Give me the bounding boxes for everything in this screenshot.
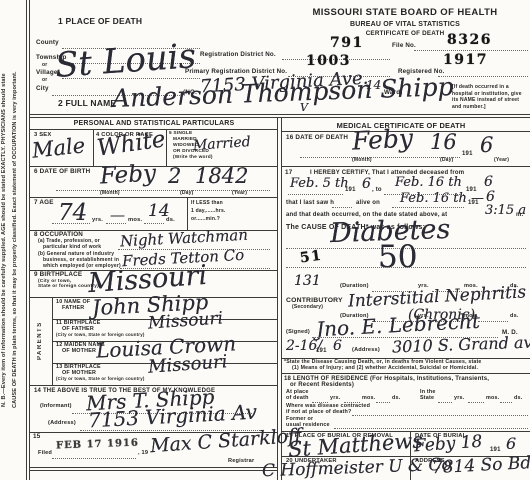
medical-rule-17 (281, 166, 530, 167)
dod-day-value: 16 (430, 132, 457, 153)
secondary-label: (Secondary) (292, 305, 323, 310)
duration-label-1: (Duration) (340, 284, 369, 290)
sign-year-printed: 191 (316, 348, 327, 354)
age-less-label-1: If LESS than (191, 201, 223, 206)
personal-section-title: PERSONAL AND STATISTICAL PARTICULARS (31, 120, 277, 127)
res1-yrs-label: yrs. (330, 396, 340, 402)
row-rule-14 (30, 385, 277, 386)
age-less-divider (187, 197, 188, 230)
code-value-50: 50 (378, 242, 417, 273)
form-left-border-outer (26, 0, 27, 480)
former-line (334, 427, 528, 429)
primary-registration-stamp: 1003 (306, 54, 351, 68)
age-less-label-2: 1 day,......hrs. (191, 209, 226, 214)
marital-label-1: 5 SINGLE (169, 131, 192, 136)
mother-bp-label-3: (City or town, State or foreign country) (56, 377, 145, 382)
code-value-131: 131 (294, 274, 321, 288)
full-name-flourish: V (300, 102, 308, 113)
undertaker-value: C Hoffmeister U & Co (262, 457, 452, 480)
margin-note-line2: CAUSE OF DEATH in plain terms, so that i… (12, 0, 18, 480)
duration2-ds-label: ds. (510, 314, 519, 320)
file-no-label: File No. (392, 43, 416, 50)
city-label: City (36, 86, 49, 93)
res1-ds-label: ds. (392, 396, 400, 402)
res2-yrs-line (438, 401, 452, 403)
father-name-label-2: FATHER (62, 306, 84, 312)
res2-mos-label: mos. (486, 396, 499, 402)
last-saw-blank (332, 206, 352, 208)
last-saw-line (392, 206, 464, 208)
file-no-stamp: 8326 (447, 33, 492, 47)
burial-date-value: Feby 18 (413, 434, 482, 456)
res1-ds-line (376, 401, 390, 403)
file-no-line (414, 49, 528, 51)
age-label: 7 AGE (34, 200, 54, 207)
full-name-value: Anderson Thompson Shipp (112, 74, 454, 111)
contracted-label-2: if not at place of death? (286, 410, 352, 416)
informant-address-label: (Address) (48, 421, 76, 427)
burial-year-value: 6 (506, 436, 516, 452)
dob-year: 1842 (195, 166, 248, 187)
village-label: Village (36, 70, 58, 77)
marital-value: Married (193, 135, 252, 153)
attended-to-value: Feb. 16 th (395, 176, 462, 189)
filed-date-stamp: FEB 17 1916 (56, 439, 139, 452)
physician-address-label: (Address) (352, 348, 380, 354)
from-year-value: 6 (362, 177, 371, 191)
age-months-value: — (110, 208, 125, 223)
footnote-line-2: (1) Means of Injury; and (2) whether Acc… (292, 366, 478, 371)
dod-line (300, 156, 460, 158)
dob-month-label: (Month) (100, 191, 120, 196)
physician-address-value: 3010 S. Grand av (392, 335, 530, 356)
occupation-a-label-2: particular kind of work (43, 245, 101, 250)
father-bp-value: Missouri (147, 310, 223, 332)
mother-bp-value: Missouri (147, 353, 228, 376)
age-ds-line (144, 222, 164, 224)
age-mos-label: mos. (128, 217, 142, 223)
parents-label: PARENTS (37, 297, 43, 385)
dod-year-value: 6 (480, 135, 493, 156)
marital-label-5: (Write the word) (173, 155, 213, 160)
filed-line (52, 457, 136, 459)
attended-from-value: Feb. 5 th (290, 177, 349, 190)
sex-race-divider (93, 129, 94, 166)
dod-year-printed: 191 (462, 151, 473, 157)
sex-value: Male (31, 135, 86, 161)
code-stamp-51: 51 (299, 249, 323, 266)
last-saw-year-value: 6 (486, 190, 495, 204)
dob-label: 6 DATE OF BIRTH (34, 169, 90, 176)
duration2-ds-line (478, 320, 508, 322)
footnote-rule-bottom (281, 373, 530, 374)
dod-year-label: (Year) (494, 158, 509, 163)
res1-mos-label: mos. (362, 396, 375, 402)
bureau-title: BUREAU OF VITAL STATISTICS (285, 21, 525, 28)
res2-ds-label: ds. (514, 396, 522, 402)
burial-year-printed: 191 (490, 447, 501, 453)
registration-district-label: Registration District No. (200, 52, 276, 59)
residence-label-2: or Recent Residents) (290, 382, 354, 388)
filed-year-label: , 19 (138, 451, 148, 457)
mother-name-label-2: OF MOTHER (62, 349, 96, 355)
last-saw-pre: that I last saw h (286, 200, 334, 206)
dod-month-value: Feby (351, 125, 413, 153)
filed-no: 15 (33, 434, 40, 441)
or-label-2: or (42, 78, 47, 83)
age-less-label-3: or......min.? (191, 217, 220, 222)
sign-year-value: 6 (333, 339, 342, 353)
from-year-printed: 191 (345, 187, 356, 193)
place-of-death-title: 1 PLACE OF DEATH (58, 17, 142, 26)
res2-yrs-label: yrs. (454, 396, 464, 402)
hospital-note: [If death occurred in a hospital or inst… (452, 84, 528, 110)
am-label: m. (516, 212, 523, 218)
filed-label: Filed (38, 451, 52, 457)
res2-mos-line (468, 401, 484, 403)
full-name-rule-1 (30, 114, 530, 115)
dob-year-label: (Year) (232, 191, 247, 196)
contracted-line (352, 414, 528, 416)
bottom-rule-1 (30, 467, 277, 468)
res2-ds-line (500, 401, 512, 403)
or-label-1: or (42, 63, 47, 68)
full-name-label: 2 FULL NAME (58, 99, 116, 108)
dod-month-label: (Month) (352, 158, 372, 163)
form-left-border-inner (29, 0, 30, 480)
last-saw-year-printed: 191 (468, 200, 479, 206)
birthplace-label: 9 BIRTHPLACE (34, 272, 82, 279)
registered-no-stamp: 1917 (443, 53, 488, 67)
from-line (288, 193, 343, 195)
cause-line-2 (286, 266, 526, 268)
city-value: St Louis (54, 39, 197, 83)
margin-note-line1: N. B.—Every item of information should b… (1, 0, 7, 480)
informant-label: (Informant) (40, 404, 72, 410)
to-label: , to (372, 187, 382, 193)
bottom-rule-2 (30, 470, 277, 471)
age-mos-line (106, 222, 126, 224)
board-title: MISSOURI STATE BOARD OF HEALTH (285, 8, 525, 18)
dob-day-label: (Day) (180, 191, 194, 196)
in-state-label-2: State (420, 396, 434, 402)
registration-district-stamp: 791 (330, 36, 364, 50)
at-place-label-2: of death (286, 396, 309, 402)
dod-day-label: (Day) (440, 158, 454, 163)
row-rule-7 (30, 197, 277, 198)
dob-month: Feby (99, 163, 156, 189)
death-certificate-document: N. B.—Every item of information should b… (0, 0, 530, 480)
dod-label: 16 DATE OF DEATH (286, 135, 348, 142)
signed-label: (Signed) (286, 330, 310, 336)
full-name-rule-2 (30, 117, 530, 118)
to-year-value: 6 (484, 175, 493, 189)
age-ds-label: ds. (166, 217, 175, 223)
dob-day: 2 (168, 166, 181, 187)
age-yrs-line (52, 222, 90, 224)
last-saw-post: alive on (356, 200, 380, 206)
age-yrs-label: yrs. (92, 217, 103, 223)
registrar-label: Registrar (228, 459, 254, 465)
